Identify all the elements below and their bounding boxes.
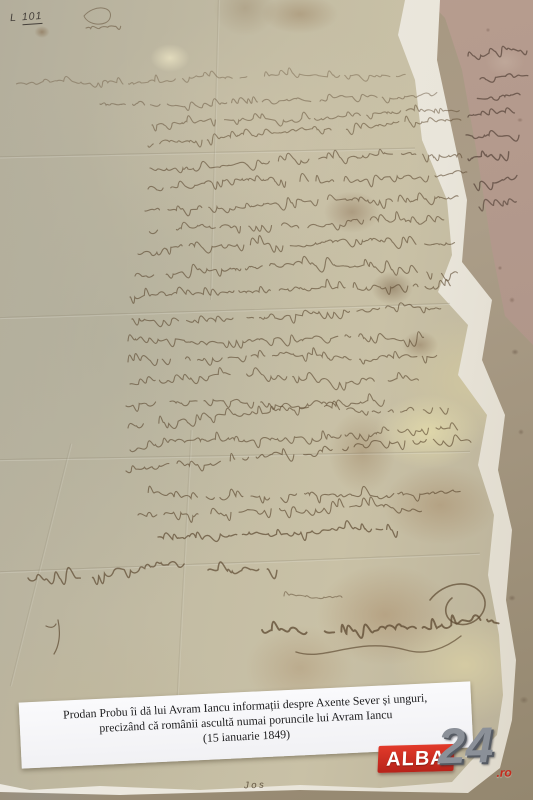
table-handwritten-mark: Jos — [244, 780, 267, 792]
archival-mark: L101 — [10, 10, 43, 24]
archival-mark-prefix: L — [10, 12, 18, 24]
alba24-logo-tld: .ro — [496, 765, 512, 779]
photo-of-archival-document: L101 Jos Prodan Probu îi dă lui Avram Ia… — [0, 0, 533, 800]
alba24-logo: ALBA 24 .ro — [373, 728, 530, 786]
alba24-logo-number: 24 — [437, 720, 494, 771]
archival-mark-number: 101 — [21, 10, 42, 25]
